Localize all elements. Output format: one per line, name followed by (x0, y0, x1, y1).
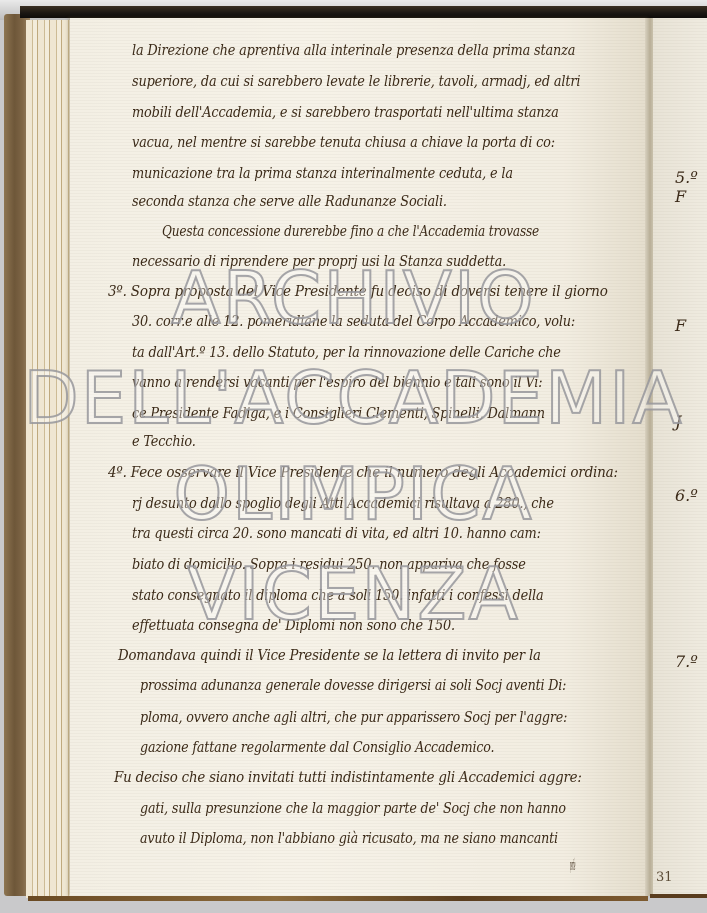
manuscript-line: stato consegnato il diploma che a soli 1… (132, 586, 630, 605)
manuscript-line: 30. corr.e alle 12. pomeridiane la sedut… (132, 312, 630, 331)
margin-item-number: 7.º (675, 652, 698, 671)
manuscript-page: la Direzione che aprentiva alla interina… (70, 18, 650, 896)
manuscript-line: vacua, nel mentre si sarebbe tenuta chiu… (132, 133, 630, 152)
book-top-edge (20, 6, 707, 18)
manuscript-line: ploma, ovvero anche agli altri, che pur … (140, 708, 630, 727)
manuscript-line: necessario di riprendere per proprj usi … (132, 252, 630, 271)
next-page-edge (653, 18, 707, 896)
manuscript-line: effettuata consegna de' Diplomi non sono… (132, 616, 630, 635)
manuscript-line: mobili dell'Accademia, e si sarebbero tr… (132, 103, 630, 122)
manuscript-line: superiore, da cui si sarebbero levate le… (132, 72, 630, 91)
book-bottom-edge (28, 896, 648, 901)
manuscript-line: ta dall'Art.º 13. dello Statuto, per la … (132, 343, 630, 362)
manuscript-line: seconda stanza che serve alle Radunanze … (132, 192, 630, 211)
manuscript-line: e Tecchio. (132, 432, 630, 451)
margin-item-number: 5.º F (675, 168, 707, 206)
manuscript-scan: la Direzione che aprentiva alla interina… (0, 0, 707, 913)
manuscript-line: biato di domicilio. Sopra i residui 250.… (132, 555, 630, 574)
margin-item-number: F (675, 316, 686, 335)
manuscript-line: municazione tra la prima stanza interina… (132, 164, 630, 183)
margin-item-number: J (675, 412, 681, 431)
manuscript-line: tra questi circa 20. sono mancati di vit… (132, 524, 630, 543)
margin-item-number: 6.º (675, 486, 698, 505)
manuscript-line: rj desunto dallo spoglio degli Atti Acca… (132, 494, 630, 513)
manuscript-line: Domandava quindi il Vice Presidente se l… (118, 646, 630, 665)
manuscript-line: 3º. Sopra proposta del Vice Presidente f… (108, 282, 630, 301)
manuscript-line: avuto il Diploma, non l'abbiano già ricu… (140, 829, 630, 848)
folio-number: 31 (656, 870, 673, 885)
manuscript-line: vanno a rendersi vacanti per l'espiro de… (132, 373, 630, 392)
manuscript-line: Fu deciso che siano invitati tutti indis… (114, 768, 630, 787)
page-stack-edge (26, 20, 76, 898)
manuscript-line: gati, sulla presunzione che la maggior p… (140, 799, 630, 818)
manuscript-line: Questa concessione durerebbe fino a che … (162, 222, 630, 241)
manuscript-line: prossima adunanza generale dovesse dirig… (140, 676, 630, 695)
book-bottom-edge-right (650, 894, 707, 898)
manuscript-line: 4º. Fece osservare il Vice Presidente ch… (108, 463, 630, 482)
manuscript-line: ce Presidente Fadiga, e i Consiglieri Cl… (132, 404, 630, 423)
manuscript-line: perchè (570, 856, 630, 875)
manuscript-line: la Direzione che aprentiva alla interina… (132, 41, 630, 60)
manuscript-line: gazione fattane regolarmente dal Consigl… (140, 738, 630, 757)
